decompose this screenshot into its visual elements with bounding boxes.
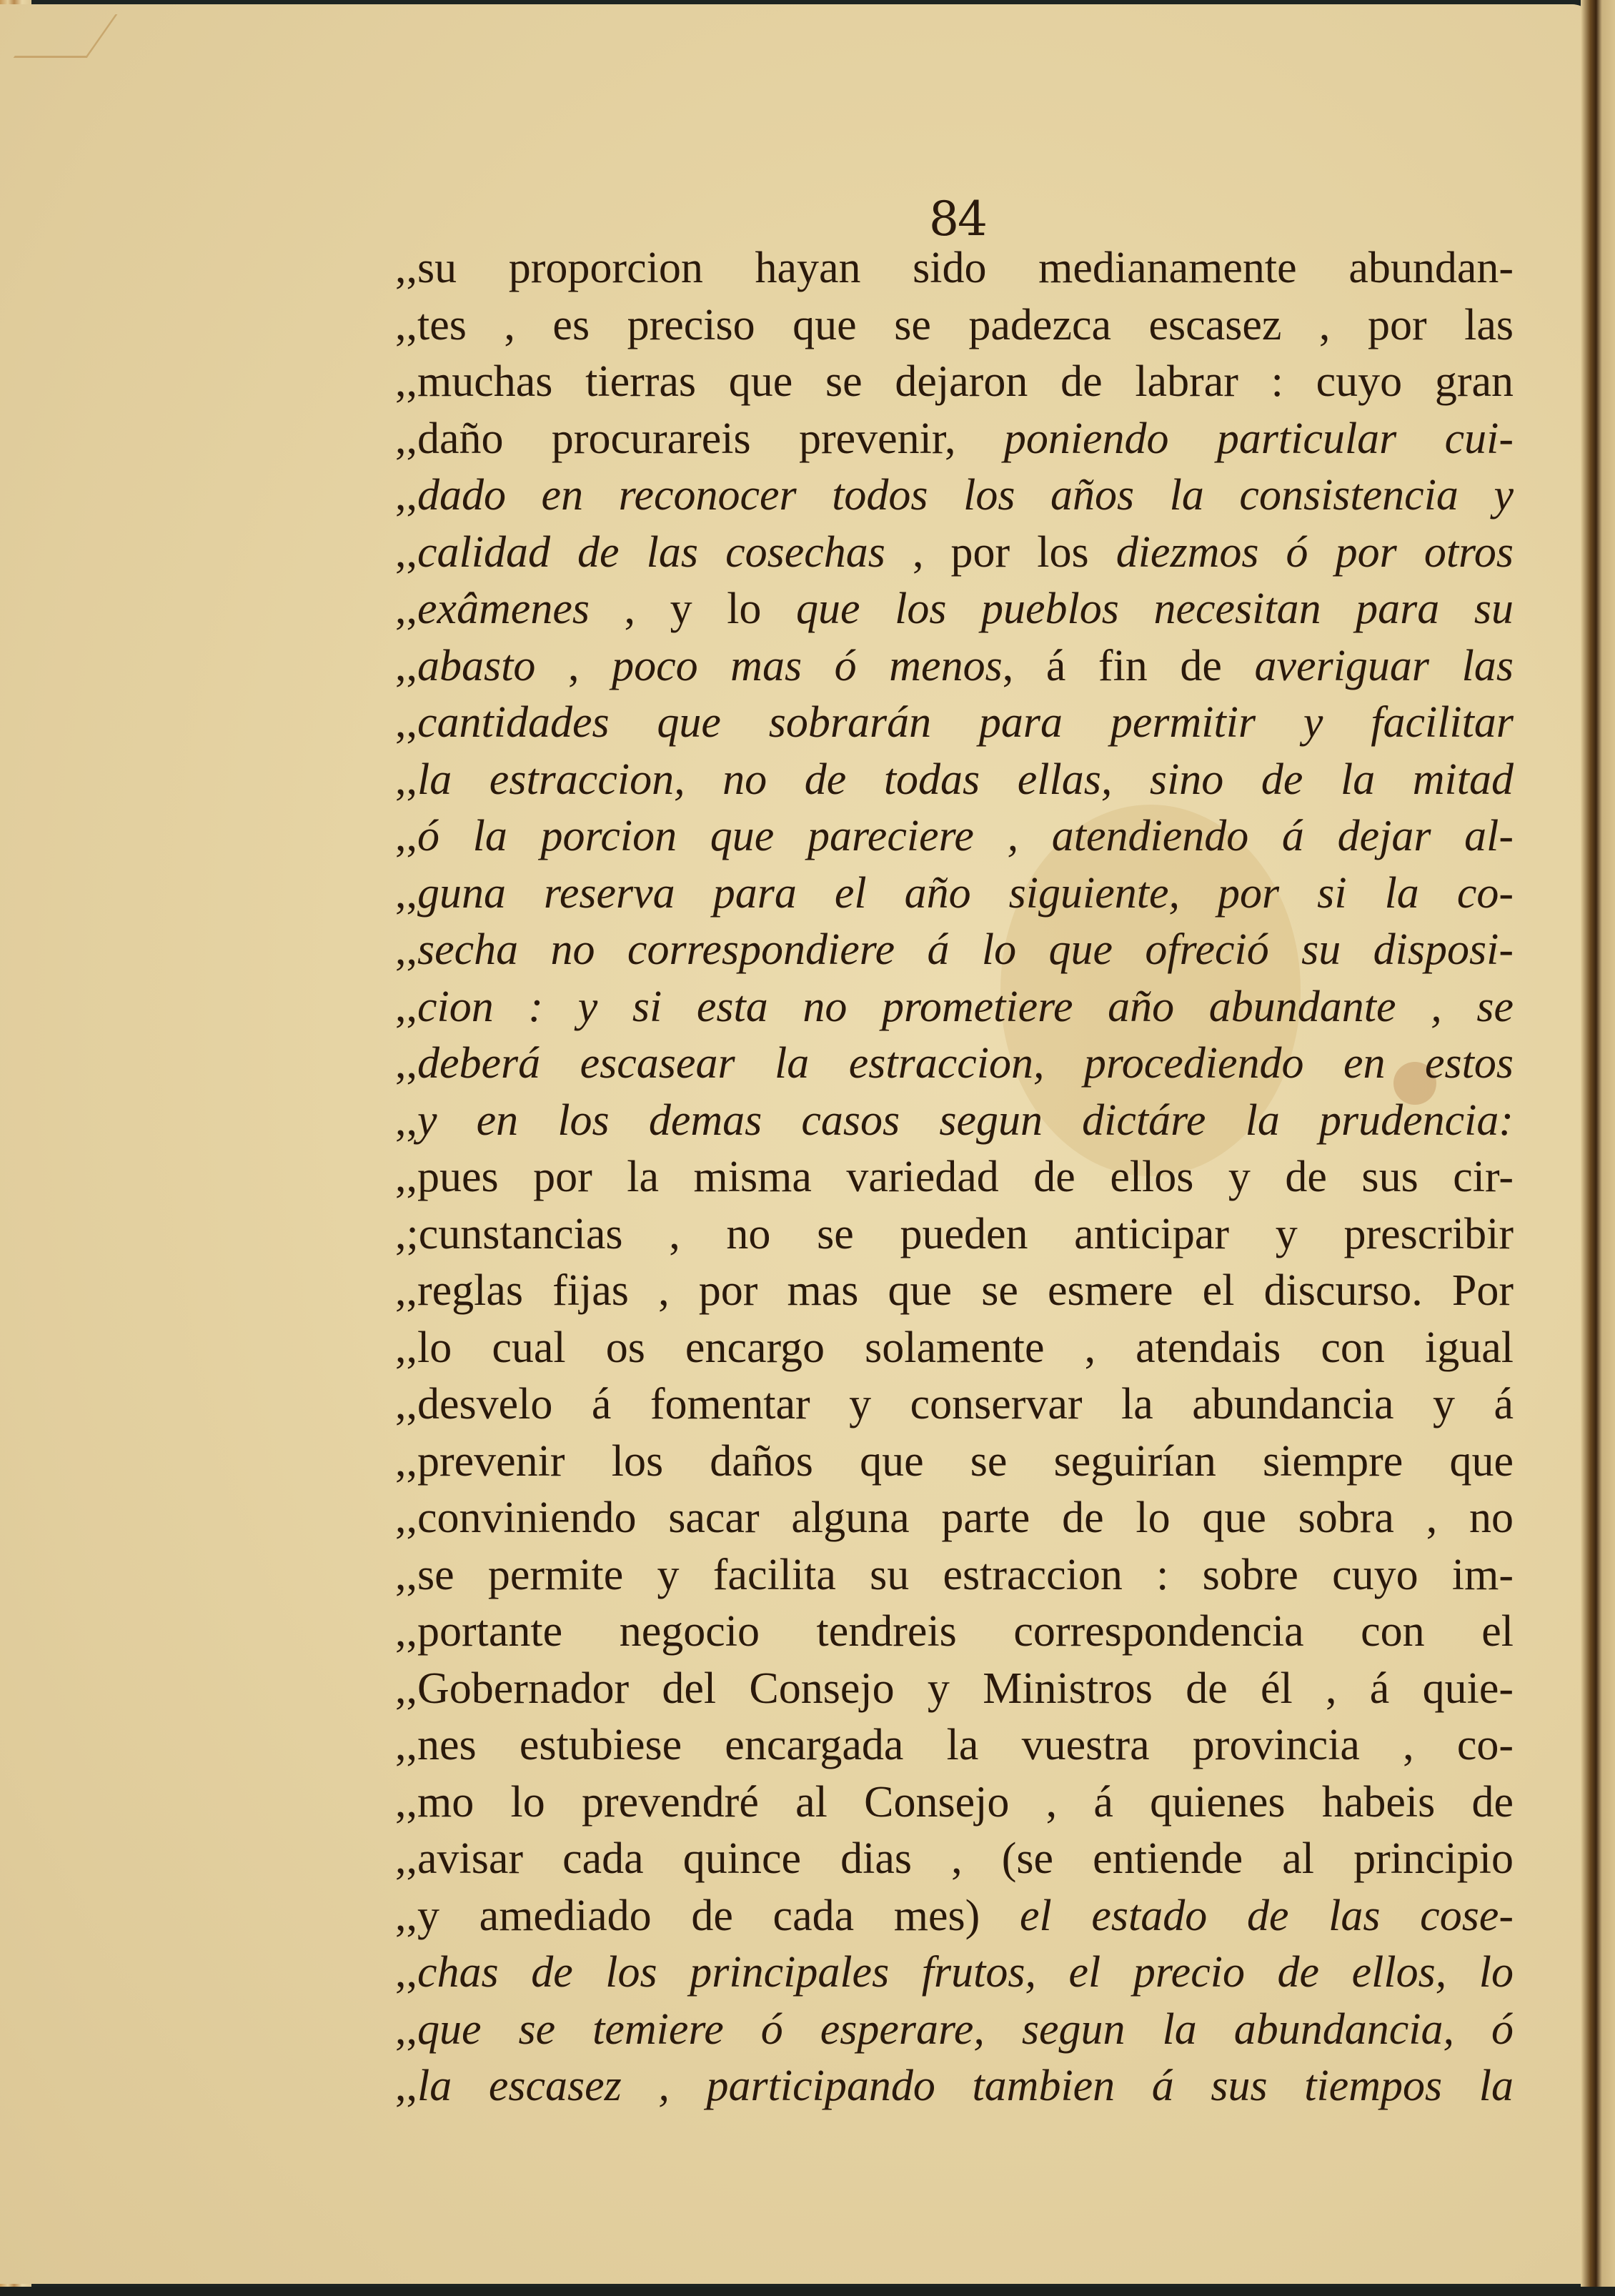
text-line: ,,reglas fijas , por mas que se esmere e… xyxy=(395,1263,1514,1320)
roman-run: ,,conviniendo sacar alguna parte de lo q… xyxy=(395,1494,1514,1542)
italic-run: el estado de las cose- xyxy=(1020,1892,1514,1940)
text-line: ,,secha no correspondiere á lo que ofrec… xyxy=(395,922,1514,979)
text-line: ,,se permite y facilita su estraccion : … xyxy=(395,1547,1514,1604)
text-line: ,,cion : y si esta no prometiere año abu… xyxy=(395,979,1514,1036)
text-line: ,,chas de los principales frutos, el pre… xyxy=(395,1944,1514,2002)
roman-run: ,,Gobernador del Consejo y Ministros de … xyxy=(395,1664,1514,1713)
italic-run: que los pueblos necesitan para su xyxy=(796,585,1514,633)
page-corner-fold xyxy=(14,14,118,58)
text-line: ,,tes , es preciso que se padezca escase… xyxy=(395,297,1514,354)
text-line: ,,muchas tierras que se dejaron de labra… xyxy=(395,354,1514,411)
text-line: ,,portante negocio tendreis corresponden… xyxy=(395,1604,1514,1661)
italic-run: que se temiere ó esperare, segun la abun… xyxy=(417,2005,1514,2054)
text-line: ,,desvelo á fomentar y conservar la abun… xyxy=(395,1376,1514,1433)
text-line: ,,mo lo prevendré al Consejo , á quienes… xyxy=(395,1774,1514,1832)
roman-run: ,,desvelo á fomentar y conservar la abun… xyxy=(395,1380,1514,1428)
text-line: ,,dado en reconocer todos los años la co… xyxy=(395,467,1514,525)
text-line: ,,nes estubiese encargada la vuestra pro… xyxy=(395,1717,1514,1774)
italic-run: ó la porcion que pareciere , atendiendo … xyxy=(417,812,1514,860)
roman-run: ,, xyxy=(395,869,417,918)
italic-run: averiguar las xyxy=(1255,642,1514,690)
text-line: ,,Gobernador del Consejo y Ministros de … xyxy=(395,1661,1514,1718)
text-line: ,,la estraccion, no de todas ellas, sino… xyxy=(395,752,1514,809)
roman-run: ,, xyxy=(395,1039,417,1088)
text-line: ,,avisar cada quince dias , (se entiende… xyxy=(395,1831,1514,1888)
roman-run: ,,muchas tierras que se dejaron de labra… xyxy=(395,357,1514,406)
text-line: ,,conviniendo sacar alguna parte de lo q… xyxy=(395,1490,1514,1547)
italic-run: cantidades que sobrarán para permitir y … xyxy=(417,698,1514,747)
roman-run: ,, xyxy=(395,2005,417,2054)
roman-run: , y lo xyxy=(590,585,796,633)
italic-run: exâmenes xyxy=(417,585,590,633)
roman-run: ,,prevenir los daños que se seguirían si… xyxy=(395,1437,1514,1486)
text-line: ,,abasto , poco mas ó menos, á fin de av… xyxy=(395,638,1514,695)
italic-run: la escasez , participando tambien á sus … xyxy=(417,2062,1514,2110)
roman-run: ,,avisar cada quince dias , (se entiende… xyxy=(395,1834,1514,1883)
roman-run: ,,tes , es preciso que se padezca escase… xyxy=(395,301,1514,349)
italic-run: secha no correspondiere á lo que ofreció… xyxy=(417,925,1514,974)
roman-run: ,,daño procurareis prevenir, xyxy=(395,414,1004,463)
roman-run: ,, xyxy=(395,925,417,974)
italic-run: poco mas ó menos xyxy=(612,642,1003,690)
italic-run: y en los demas casos segun dictáre la pr… xyxy=(417,1096,1514,1145)
roman-run: ,, xyxy=(395,528,417,577)
italic-run: abasto xyxy=(417,642,535,690)
text-line: ,,calidad de las cosechas , por los diez… xyxy=(395,525,1514,582)
roman-run: , por los xyxy=(885,528,1116,577)
roman-run: ,,pues por la misma variedad de ellos y … xyxy=(395,1153,1514,1201)
book-page: 84 ,,su proporcion hayan sido medianamen… xyxy=(0,4,1594,2284)
text-line: ,,exâmenes , y lo que los pueblos necesi… xyxy=(395,581,1514,638)
roman-run: ,, xyxy=(395,812,417,860)
roman-run: ,, xyxy=(395,471,417,520)
text-line: ,,deberá escasear la estraccion, procedi… xyxy=(395,1035,1514,1093)
roman-run: ,,se permite y facilita su estraccion : … xyxy=(395,1551,1514,1599)
roman-run: ,,nes estubiese encargada la vuestra pro… xyxy=(395,1721,1514,1769)
roman-run: ,, xyxy=(395,983,417,1031)
roman-run: ,,mo lo prevendré al Consejo , á quienes… xyxy=(395,1778,1514,1827)
italic-run: cion : y si esta no prometiere año abund… xyxy=(417,983,1514,1031)
text-line: ,,la escasez , participando tambien á su… xyxy=(395,2058,1514,2115)
roman-run: ,,lo cual os encargo solamente , atendai… xyxy=(395,1323,1514,1372)
text-line: ,;cunstancias , no se pueden anticipar y… xyxy=(395,1206,1514,1263)
text-line: ,,guna reserva para el año siguiente, po… xyxy=(395,865,1514,923)
italic-run: dado en reconocer todos los años la cons… xyxy=(417,471,1514,520)
text-line: ,,cantidades que sobrarán para permitir … xyxy=(395,695,1514,752)
text-line: ,,y en los demas casos segun dictáre la … xyxy=(395,1093,1514,1150)
roman-run: , á fin de xyxy=(1003,642,1255,690)
scan-background xyxy=(0,2287,1615,2296)
text-line: ,,su proporcion hayan sido medianamente … xyxy=(395,240,1514,297)
roman-run: ,, xyxy=(395,698,417,747)
roman-run: ,, xyxy=(395,1948,417,1997)
roman-run: ,,reglas fijas , por mas que se esmere e… xyxy=(395,1266,1514,1315)
roman-run: ,,su proporcion hayan sido medianamente … xyxy=(395,244,1514,292)
italic-run: guna reserva para el año siguiente, por … xyxy=(417,869,1514,918)
text-line: ,,que se temiere ó esperare, segun la ab… xyxy=(395,2002,1514,2059)
roman-run: ,,portante negocio tendreis corresponden… xyxy=(395,1607,1514,1656)
italic-run: la estraccion, no de todas ellas, sino d… xyxy=(417,755,1514,804)
roman-run: , xyxy=(535,642,612,690)
text-line: ,,ó la porcion que pareciere , atendiend… xyxy=(395,808,1514,865)
book-gutter-edge xyxy=(1581,0,1615,2296)
text-line: ,,lo cual os encargo solamente , atendai… xyxy=(395,1320,1514,1377)
italic-run: calidad de las cosechas xyxy=(417,528,885,577)
italic-run: poniendo particular cui- xyxy=(1004,414,1514,463)
roman-run: ,;cunstancias , no se pueden anticipar y… xyxy=(395,1210,1514,1258)
roman-run: ,, xyxy=(395,642,417,690)
roman-run: ,, xyxy=(395,585,417,633)
text-line: ,,pues por la misma variedad de ellos y … xyxy=(395,1149,1514,1206)
italic-run: chas de los principales frutos, el preci… xyxy=(417,1948,1514,1997)
text-line: ,,prevenir los daños que se seguirían si… xyxy=(395,1433,1514,1491)
text-line: ,,daño procurareis prevenir, poniendo pa… xyxy=(395,411,1514,468)
roman-run: ,, xyxy=(395,755,417,804)
roman-run: ,, xyxy=(395,1096,417,1145)
page-number: 84 xyxy=(929,192,986,247)
italic-run: deberá escasear la estraccion, procedien… xyxy=(417,1039,1514,1088)
page-text-block: ,,su proporcion hayan sido medianamente … xyxy=(395,240,1514,2115)
roman-run: ,,y amediado de cada mes) xyxy=(395,1892,1020,1940)
roman-run: ,, xyxy=(395,2062,417,2110)
text-line: ,,y amediado de cada mes) el estado de l… xyxy=(395,1888,1514,1945)
italic-run: diezmos ó por otros xyxy=(1116,528,1514,577)
